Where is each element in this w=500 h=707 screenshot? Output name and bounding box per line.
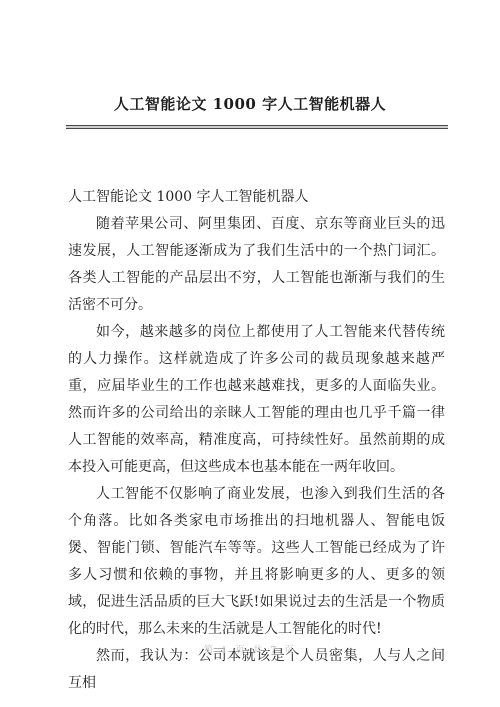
paragraph-list: 随着苹果公司、阿里集团、百度、京东等商业巨头的迅速发展，人工智能逐渐成为了我们生… bbox=[68, 211, 445, 697]
body-paragraph: 随着苹果公司、阿里集团、百度、京东等商业巨头的迅速发展，人工智能逐渐成为了我们生… bbox=[68, 211, 445, 319]
body-paragraph: 人工智能不仅影响了商业发展，也渗入到我们生活的各个角落。比如各类家电市场推出的扫… bbox=[68, 481, 445, 643]
body-paragraph: 如今，越来越多的岗位上都使用了人工智能来代替传统的人力操作。这样就造成了许多公司… bbox=[68, 319, 445, 481]
document-page: 人工智能论文 1000 字人工智能机器人 人工智能论文 1000 字人工智能机器… bbox=[0, 0, 500, 707]
page-footer: 第 1 页 共 7 页 bbox=[0, 642, 500, 656]
title-divider bbox=[66, 125, 448, 129]
document-title: 人工智能论文 1000 字人工智能机器人 bbox=[0, 93, 500, 114]
document-body: 人工智能论文 1000 字人工智能机器人 随着苹果公司、阿里集团、百度、京东等商… bbox=[68, 184, 445, 697]
body-heading: 人工智能论文 1000 字人工智能机器人 bbox=[68, 184, 445, 211]
